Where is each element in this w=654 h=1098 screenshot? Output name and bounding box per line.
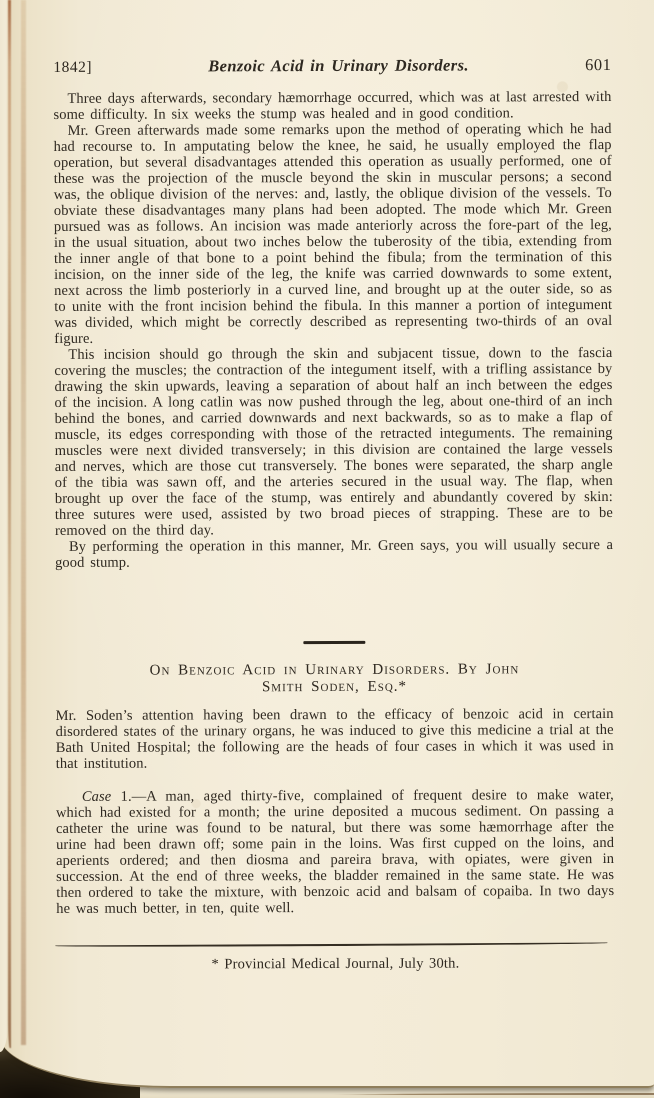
footnote-rule	[55, 942, 607, 947]
paragraph: Mr. Soden’s attention having been drawn …	[56, 706, 614, 772]
header-page-number: 601	[585, 55, 611, 75]
article1-body: Three days afterwards, secondary hæmorrh…	[53, 89, 613, 571]
article2-heading-line1: On Benzoic Acid in Urinary Disorders. By…	[55, 661, 613, 679]
running-header: 1842] Benzoic Acid in Urinary Disorders.…	[53, 55, 611, 77]
next-page-edge-line	[330, 1093, 654, 1095]
article2-heading: On Benzoic Acid in Urinary Disorders. By…	[55, 661, 613, 696]
header-year: 1842]	[53, 59, 92, 77]
scanned-book-page: 1842] Benzoic Acid in Urinary Disorders.…	[0, 0, 654, 1098]
paragraph: By performing the operation in this mann…	[55, 537, 613, 571]
case1-text: 1.—A man, aged thirty-five, complained o…	[56, 787, 614, 917]
article2-heading-line2: Smith Soden, Esq.*	[55, 678, 613, 696]
footnote-text: * Provincial Medical Journal, July 30th.	[56, 955, 614, 974]
case1-paragraph: Case 1.—A man, aged thirty-five, complai…	[56, 787, 614, 917]
header-title: Benzoic Acid in Urinary Disorders.	[208, 56, 469, 77]
section-divider-rule	[303, 641, 365, 644]
article2-body: Mr. Soden’s attention having been drawn …	[56, 706, 615, 917]
paragraph: This incision should go through the skin…	[54, 345, 613, 539]
paragraph: Three days afterwards, secondary hæmorrh…	[53, 89, 611, 123]
paragraph: Mr. Green afterwards made some remarks u…	[54, 121, 613, 347]
printed-content: 1842] Benzoic Acid in Urinary Disorders.…	[0, 0, 654, 1087]
case1-label: Case	[82, 789, 111, 805]
